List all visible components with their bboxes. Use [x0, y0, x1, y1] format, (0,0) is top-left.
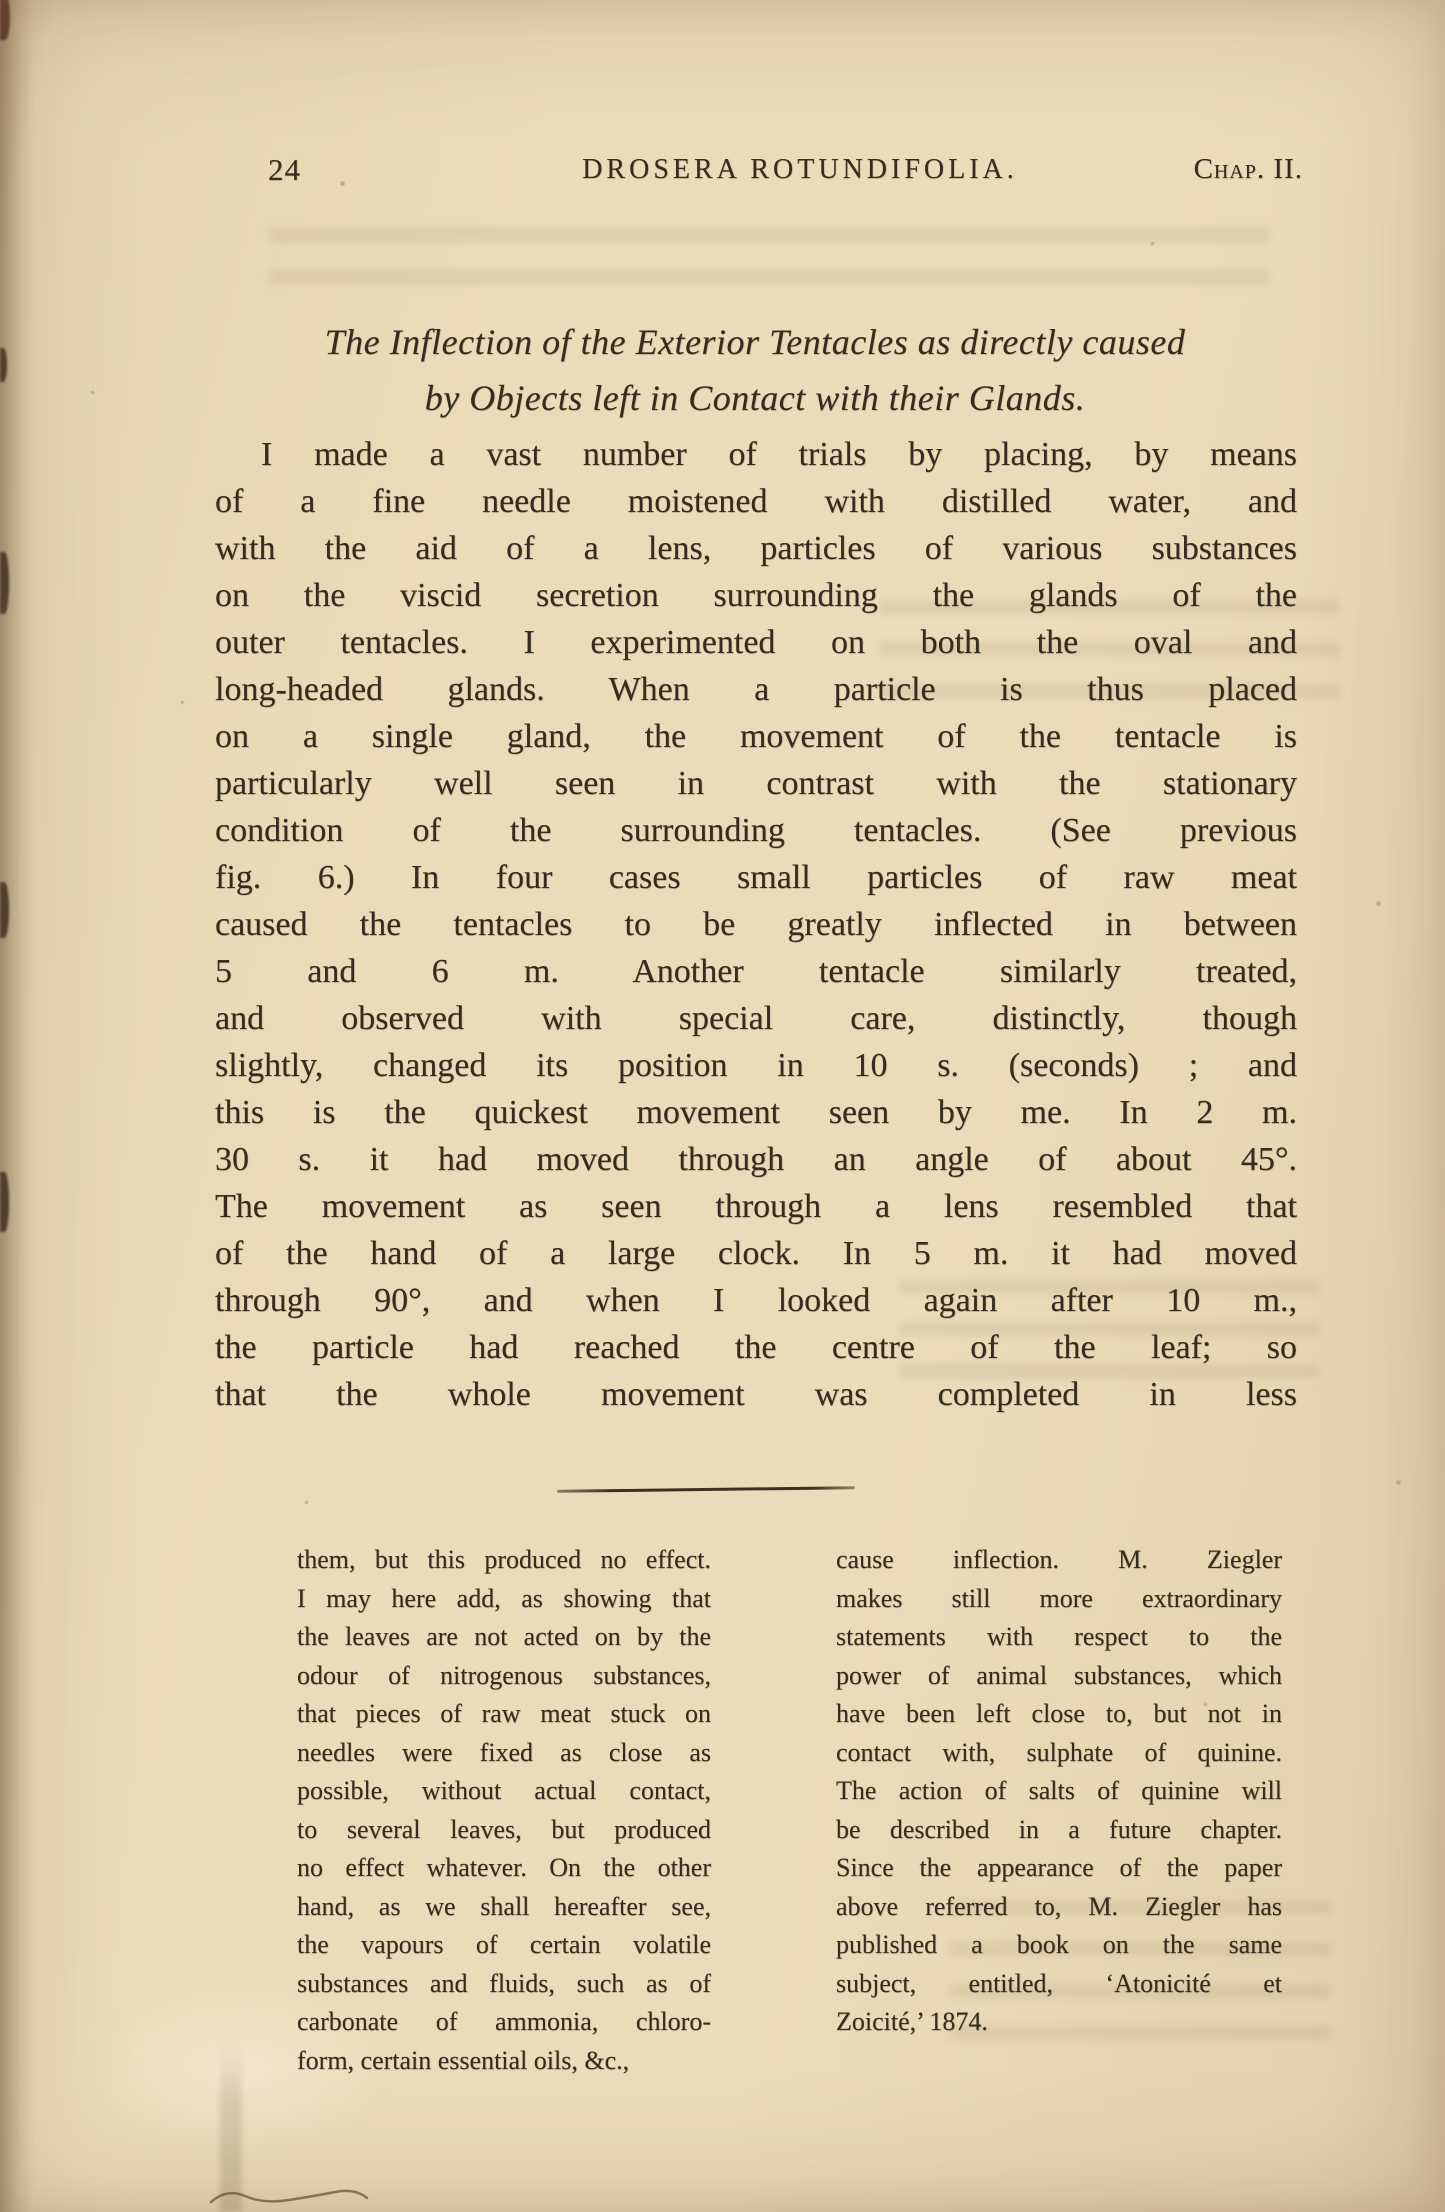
body-text-line: through 90°, and when I looked again aft… [215, 1277, 1297, 1324]
footnote-separator [557, 1486, 855, 1493]
body-text-line: on the viscid secretion surrounding the … [215, 572, 1297, 619]
footnote-text-line: that pieces of raw meat stuck on [297, 1695, 711, 1734]
footnote-text-line: hand, as we shall hereafter see, [297, 1888, 711, 1927]
section-heading-line2: by Objects left in Contact with their Gl… [185, 370, 1325, 426]
body-text-line: of a fine needle moistened with distille… [215, 478, 1297, 525]
body-text-line: slightly, changed its position in 10 s. … [215, 1042, 1297, 1089]
body-paragraph: I made a vast number of trials by placin… [215, 431, 1297, 1418]
body-text-line: 5 and 6 m. Another tentacle similarly tr… [215, 948, 1297, 995]
body-text-line: this is the quickest movement seen by me… [215, 1089, 1297, 1136]
binding-mark [0, 1172, 9, 1232]
footnote-text-line: form, certain essential oils, &c., [297, 2042, 711, 2081]
footnote-text-line: substances and fluids, such as of [297, 1965, 711, 2004]
footnote-text-line: them, but this produced no effect. [297, 1541, 711, 1580]
footnote-text-line: I may here add, as showing that [297, 1580, 711, 1619]
footnote-text-line: The action of salts of quinine will [836, 1772, 1282, 1811]
body-text-line: on a single gland, the movement of the t… [215, 713, 1297, 760]
footnote-text-line: carbonate of ammonia, chloro- [297, 2003, 711, 2042]
body-text-line: 30 s. it had moved through an angle of a… [215, 1136, 1297, 1183]
section-heading: The Inflection of the Exterior Tentacles… [185, 314, 1325, 426]
footnote-text-line: the vapours of certain volatile [297, 1926, 711, 1965]
footnote-left-column: them, but this produced no effect.I may … [297, 1541, 711, 2080]
body-text-line: I made a vast number of trials by placin… [215, 431, 1297, 478]
footnote-text-line: possible, without actual contact, [297, 1772, 711, 1811]
footnote-text-line: be described in a future chapter. [836, 1811, 1282, 1850]
page-number: 24 [268, 152, 301, 188]
footnote-text-line: cause inflection. M. Ziegler [836, 1541, 1282, 1580]
binding-mark [0, 348, 7, 382]
body-text-line: caused the tentacles to be greatly infle… [215, 901, 1297, 948]
footnote-text-line: the leaves are not acted on by the [297, 1618, 711, 1657]
body-text-line: The movement as seen through a lens rese… [215, 1183, 1297, 1230]
footnote-text-line: Zoicité,’ 1874. [836, 2003, 1282, 2042]
footnote-text-line: power of animal substances, which [836, 1657, 1282, 1696]
footnote-text-line: contact with, sulphate of quinine. [836, 1734, 1282, 1773]
footnote-text-line: no effect whatever. On the other [297, 1849, 711, 1888]
body-text-line: the particle had reached the centre of t… [215, 1324, 1297, 1371]
body-text-line: long-headed glands. When a particle is t… [215, 666, 1297, 713]
footnote-text-line: needles were fixed as close as [297, 1734, 711, 1773]
footnote-text-line: to several leaves, but produced [297, 1811, 711, 1850]
footnote-text-line: above referred to, M. Ziegler has [836, 1888, 1282, 1927]
dust-specks [0, 0, 1, 1]
pencil-squiggle-mark [205, 2178, 375, 2212]
body-text-line: of the hand of a large clock. In 5 m. it… [215, 1230, 1297, 1277]
body-text-line: and observed with special care, distinct… [215, 995, 1297, 1042]
binding-mark [0, 882, 9, 938]
footnote-text-line: Since the appearance of the paper [836, 1849, 1282, 1888]
footnote-text-line: published a book on the same [836, 1926, 1282, 1965]
body-text-line: with the aid of a lens, particles of var… [215, 525, 1297, 572]
binding-edge-shadow [0, 0, 34, 2212]
footnote-text-line: odour of nitrogenous substances, [297, 1657, 711, 1696]
footnote-text-line: subject, entitled, ‘Atonicité et [836, 1965, 1282, 2004]
body-text-line: condition of the surrounding tentacles. … [215, 807, 1297, 854]
footnote-right-column: cause inflection. M. Zieglermakes still … [836, 1541, 1282, 2042]
bleed-through-smudge [270, 228, 1270, 308]
footnote-text-line: have been left close to, but not in [836, 1695, 1282, 1734]
footnote-text-line: makes still more extraordinary [836, 1580, 1282, 1619]
body-text-line: that the whole movement was completed in… [215, 1371, 1297, 1418]
body-text-line: particularly well seen in contrast with … [215, 760, 1297, 807]
binding-mark [0, 552, 9, 614]
chapter-label: Chap. II. [1194, 153, 1303, 186]
footnote-text-line: statements with respect to the [836, 1618, 1282, 1657]
body-text-line: outer tentacles. I experimented on both … [215, 619, 1297, 666]
running-title: DROSERA ROTUNDIFOLIA. [575, 154, 1025, 186]
book-page: 24 DROSERA ROTUNDIFOLIA. Chap. II. The I… [0, 0, 1445, 2212]
body-text-line: fig. 6.) In four cases small particles o… [215, 854, 1297, 901]
section-heading-line1: The Inflection of the Exterior Tentacles… [185, 314, 1325, 370]
